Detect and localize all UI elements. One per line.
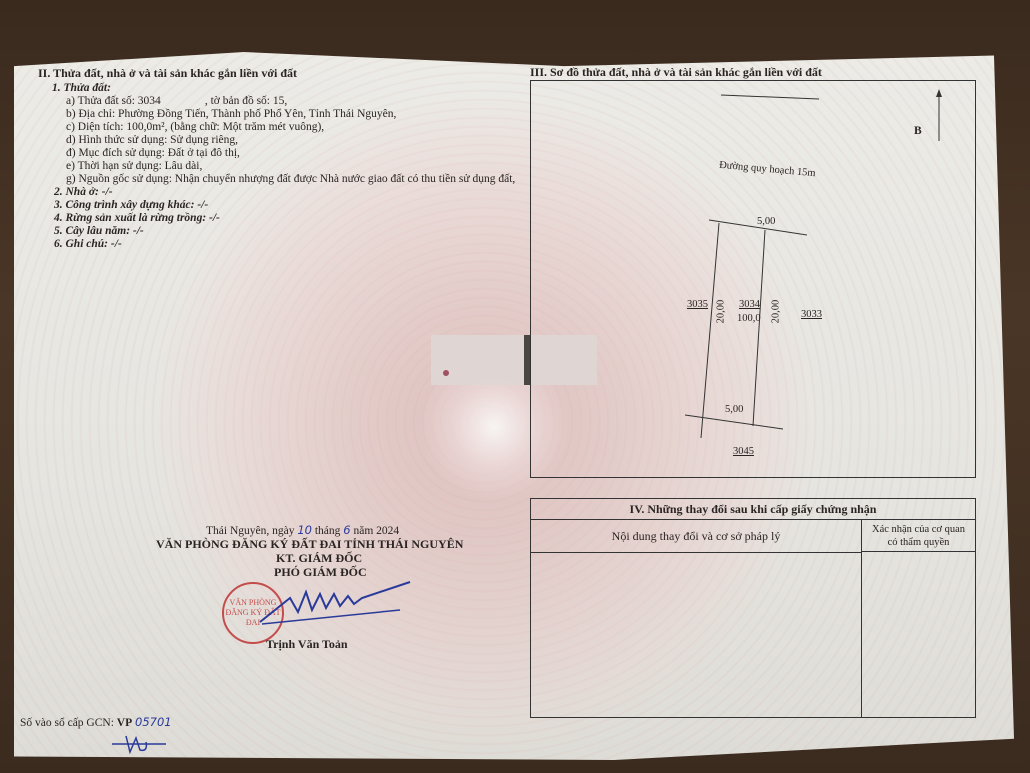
confirmation-line-2: có thẩm quyền: [862, 536, 975, 549]
issue-day: 10: [297, 523, 312, 537]
changes-content-cell: [531, 553, 862, 717]
place-date: Thái Nguyên, ngày 10 tháng 6 năm 2024: [206, 524, 399, 538]
address-line: b) Địa chỉ: Phường Đồng Tiến, Thành phố …: [66, 108, 396, 121]
section2-sub1-title: 1. Thửa đất:: [52, 82, 111, 95]
registry-label: Số vào sổ cấp GCN:: [20, 717, 114, 729]
changes-confirmation-cell: [862, 553, 975, 717]
signature-scribble: [250, 572, 420, 632]
signer-name: Trịnh Văn Toản: [266, 638, 348, 651]
left-edge-length: 20,00: [714, 300, 727, 324]
neighbor-left: 3035: [687, 298, 708, 311]
changes-column-confirmation: Xác nhận của cơ quan có thẩm quyền: [862, 520, 975, 552]
kt-director: KT. GIÁM ĐỐC: [276, 552, 362, 565]
registry-initials: [110, 732, 170, 756]
parcel-bottom-edge: [685, 415, 783, 429]
issuing-office: VĂN PHÒNG ĐĂNG KÝ ĐẤT ĐAI TỈNH THÁI NGUY…: [156, 538, 463, 551]
issue-month: 6: [343, 523, 350, 537]
parcel-diagram: B Đường quy hoạch 15m 5,00 3035 20,00 30…: [530, 80, 976, 478]
month-label: tháng: [315, 525, 341, 537]
forest-line: 4. Rừng sản xuất là rừng trồng: -/-: [54, 212, 220, 225]
usage-form-line: d) Hình thức sử dụng: Sử dụng riêng,: [66, 134, 238, 147]
parcel-number-line: a) Thửa đất số: 3034, tờ bản đồ số: 15,: [66, 95, 287, 108]
registry-number: Số vào sổ cấp GCN: VP 05701: [20, 716, 172, 730]
usage-purpose-line: đ) Mục đích sử dụng: Đất ở tại đô thị,: [66, 147, 240, 160]
parcel-diagram-svg: [531, 81, 975, 477]
parcel-right-edge: [753, 230, 765, 426]
redaction-dot: [443, 370, 449, 376]
changes-table: IV. Những thay đổi sau khi cấp giấy chứn…: [530, 498, 976, 718]
changes-column-content: Nội dung thay đổi và cơ sở pháp lý: [531, 520, 862, 553]
parcel-number-label: 3034: [739, 298, 760, 311]
map-sheet-number: , tờ bản đồ số: 15,: [205, 95, 287, 107]
road-line: [721, 95, 819, 99]
other-constructions-line: 3. Công trình xây dựng khác: -/-: [54, 199, 208, 212]
right-edge-length: 20,00: [769, 300, 782, 324]
changes-table-title: IV. Những thay đổi sau khi cấp giấy chứn…: [531, 499, 975, 520]
parcel-number: a) Thửa đất số: 3034: [66, 95, 161, 107]
registry-value: 05701: [135, 715, 172, 729]
registry-prefix: VP: [117, 717, 132, 729]
confirmation-line-1: Xác nhận của cơ quan: [862, 523, 975, 536]
place-date-prefix: Thái Nguyên, ngày: [206, 525, 294, 537]
top-edge-length: 5,00: [757, 215, 775, 228]
usage-term-line: e) Thời hạn sử dụng: Lâu dài,: [66, 160, 202, 173]
bottom-edge-length: 5,00: [725, 403, 743, 416]
north-arrowhead-icon: [936, 89, 942, 97]
neighbor-bottom: 3045: [733, 445, 754, 458]
section2-title: II. Thửa đất, nhà ở và tài sản khác gắn …: [38, 67, 297, 80]
perennial-trees-line: 5. Cây lâu năm: -/-: [54, 225, 144, 238]
issue-year: năm 2024: [354, 525, 400, 537]
land-certificate-page: II. Thửa đất, nhà ở và tài sản khác gắn …: [14, 52, 1014, 760]
north-label: B: [914, 125, 922, 138]
neighbor-right: 3033: [801, 308, 822, 321]
section3-title: III. Sơ đồ thửa đất, nhà ở và tài sản kh…: [530, 66, 822, 79]
parcel-left-edge: [701, 223, 719, 438]
notes-line: 6. Ghi chú: -/-: [54, 238, 122, 251]
area-line: c) Diện tích: 100,0m², (bằng chữ: Một tr…: [66, 121, 324, 134]
parcel-area-label: 100,0: [737, 312, 761, 325]
usage-origin-line: g) Nguồn gốc sử dụng: Nhận chuyển nhượng…: [66, 173, 515, 186]
house-line: 2. Nhà ở: -/-: [54, 186, 113, 199]
